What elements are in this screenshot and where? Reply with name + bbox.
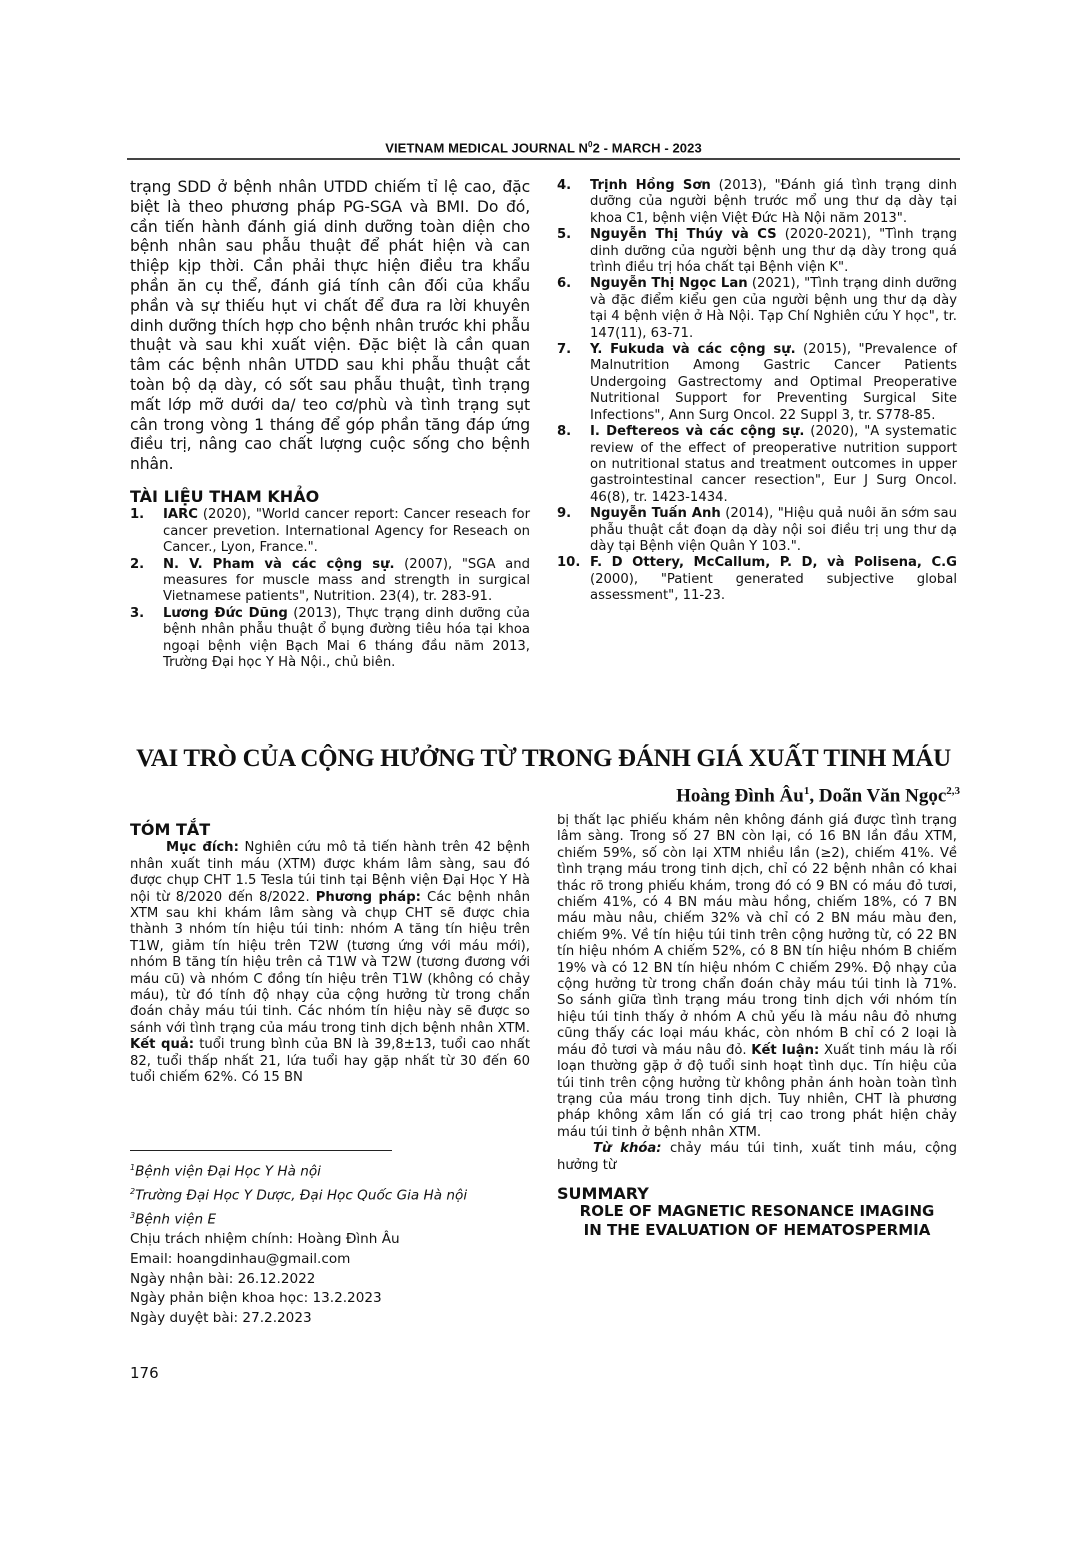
reference-number: 9.: [557, 506, 571, 522]
results-text-part2: bị thất lạc phiếu khám nên không đánh gi…: [557, 813, 957, 1058]
summary-heading: SUMMARY: [557, 1186, 957, 1202]
prev-article-left-column: trạng SDD ở bệnh nhân UTDD chiếm tỉ lệ c…: [130, 178, 530, 671]
reference-item: 8.I. Deftereos và các cộng sự. (2020), "…: [557, 424, 957, 506]
reference-author: Nguyễn Thị Thúy và CS: [590, 227, 777, 242]
reference-item: 5.Nguyễn Thị Thúy và CS (2020-2021), "Tì…: [557, 227, 957, 276]
affiliation-1: 1Bệnh viện Đại Học Y Hà nội: [130, 1158, 550, 1182]
reference-number: 10.: [557, 555, 580, 571]
reference-text: (2020), "World cancer report: Cancer res…: [163, 507, 530, 555]
footnote-rule: [130, 1150, 392, 1151]
reference-author: Nguyễn Thị Ngọc Lan: [590, 276, 748, 291]
keywords-label: Từ khóa:: [593, 1141, 662, 1156]
reference-author: I. Deftereos và các cộng sự.: [590, 424, 804, 439]
reference-number: 4.: [557, 178, 571, 194]
page-number: 176: [130, 1364, 159, 1382]
date-received: Ngày nhận bài: 26.12.2022: [130, 1270, 550, 1290]
method-text: Các bệnh nhân XTM sau khi khám lâm sàng …: [130, 890, 530, 1036]
header-rule: [127, 158, 960, 160]
contact-email: Email: hoangdinhau@gmail.com: [130, 1250, 550, 1270]
reference-text: (2000), "Patient generated subjective gl…: [590, 572, 957, 603]
reference-number: 2.: [130, 557, 144, 573]
reference-item: 10.F. D Ottery, McCallum, P. D, và Polis…: [557, 555, 957, 604]
reference-number: 5.: [557, 227, 571, 243]
date-reviewed: Ngày phản biện khoa học: 13.2.2023: [130, 1289, 550, 1309]
affiliation-2: 2Trường Đại Học Y Dược, Đại Học Quốc Gia…: [130, 1182, 550, 1206]
affiliation-text: Bệnh viện Đại Học Y Hà nội: [135, 1164, 321, 1180]
reference-author: N. V. Pham và các cộng sự.: [163, 557, 395, 572]
reference-number: 3.: [130, 606, 144, 622]
running-header: VIETNAM MEDICAL JOURNAL N02 - MARCH - 20…: [127, 140, 960, 155]
reference-author: IARC: [163, 507, 198, 522]
abstract-paragraph-continued: bị thất lạc phiếu khám nên không đánh gi…: [557, 813, 957, 1141]
reference-number: 7.: [557, 342, 571, 358]
reference-number: 1.: [130, 507, 144, 523]
author-name: Doãn Văn Ngọc: [819, 785, 946, 806]
reference-item: 9.Nguyễn Tuấn Anh (2014), "Hiệu quả nuôi…: [557, 506, 957, 555]
journal-page: VIETNAM MEDICAL JOURNAL N02 - MARCH - 20…: [0, 0, 1090, 1541]
article-title: VAI TRÒ CỦA CỘNG HƯỞNG TỪ TRONG ĐÁNH GIÁ…: [127, 745, 960, 773]
reference-item: 2.N. V. Pham và các cộng sự. (2007), "SG…: [130, 557, 530, 606]
reference-author: Trịnh Hồng Sơn: [590, 178, 711, 193]
reference-number: 8.: [557, 424, 571, 440]
conclusion-paragraph: trạng SDD ở bệnh nhân UTDD chiếm tỉ lệ c…: [130, 178, 530, 475]
references-list-left: 1.IARC (2020), "World cancer report: Can…: [130, 507, 530, 671]
reference-author: Nguyễn Tuấn Anh: [590, 506, 721, 521]
responsible-author: Chịu trách nhiệm chính: Hoàng Đình Âu: [130, 1230, 550, 1250]
summary-title-line2: IN THE EVALUATION OF HEMATOSPERMIA: [557, 1221, 957, 1240]
summary-title-line1: ROLE OF MAGNETIC RESONANCE IMAGING: [557, 1202, 957, 1221]
abstract-right-column: bị thất lạc phiếu khám nên không đánh gi…: [557, 813, 957, 1240]
reference-author: Lương Đức Dũng: [163, 606, 288, 621]
reference-item: 3.Lương Đức Dũng (2013), Thực trạng dinh…: [130, 606, 530, 672]
conclusion-label: Kết luận:: [751, 1043, 819, 1058]
reference-item: 4.Trịnh Hồng Sơn (2013), "Đánh giá tình …: [557, 178, 957, 227]
author-separator: ,: [809, 785, 819, 806]
references-heading: TÀI LIỆU THAM KHẢO: [130, 489, 530, 505]
purpose-label: Mục đích:: [166, 840, 239, 855]
reference-item: 1.IARC (2020), "World cancer report: Can…: [130, 507, 530, 556]
method-label: Phương pháp:: [316, 890, 421, 905]
keywords-paragraph: Từ khóa: chảy máu túi tinh, xuất tinh má…: [557, 1141, 957, 1174]
issue-info: 2 - MARCH - 2023: [593, 140, 702, 155]
reference-author: Y. Fukuda và các cộng sự.: [590, 342, 796, 357]
date-approved: Ngày duyệt bài: 27.2.2023: [130, 1309, 550, 1329]
affiliation-text: Bệnh viện E: [135, 1212, 216, 1228]
abstract-left-column: TÓM TẮT Mục đích: Nghiên cứu mô tả tiến …: [130, 822, 530, 1087]
reference-item: 6.Nguyễn Thị Ngọc Lan (2021), "Tình trạn…: [557, 276, 957, 342]
results-label: Kết quả:: [130, 1037, 194, 1052]
journal-name: VIETNAM MEDICAL JOURNAL N: [385, 140, 588, 155]
author-name: Hoàng Đình Âu: [676, 785, 804, 806]
affiliation-3: 3Bệnh viện E: [130, 1206, 550, 1230]
reference-item: 7.Y. Fukuda và các cộng sự. (2015), "Pre…: [557, 342, 957, 424]
abstract-paragraph: Mục đích: Nghiên cứu mô tả tiến hành trê…: [130, 840, 530, 1086]
references-list-right: 4.Trịnh Hồng Sơn (2013), "Đánh giá tình …: [557, 178, 957, 605]
reference-number: 6.: [557, 276, 571, 292]
footnotes: 1Bệnh viện Đại Học Y Hà nội 2Trường Đại …: [130, 1158, 550, 1328]
affiliation-text: Trường Đại Học Y Dược, Đại Học Quốc Gia …: [135, 1188, 467, 1204]
article-authors: Hoàng Đình Âu1, Doãn Văn Ngọc2,3: [676, 785, 960, 807]
author-affiliation-sup: 2,3: [946, 785, 960, 797]
reference-author: F. D Ottery, McCallum, P. D, và Polisena…: [590, 555, 957, 570]
prev-article-right-column: 4.Trịnh Hồng Sơn (2013), "Đánh giá tình …: [557, 178, 957, 605]
abstract-heading: TÓM TẮT: [130, 822, 530, 838]
